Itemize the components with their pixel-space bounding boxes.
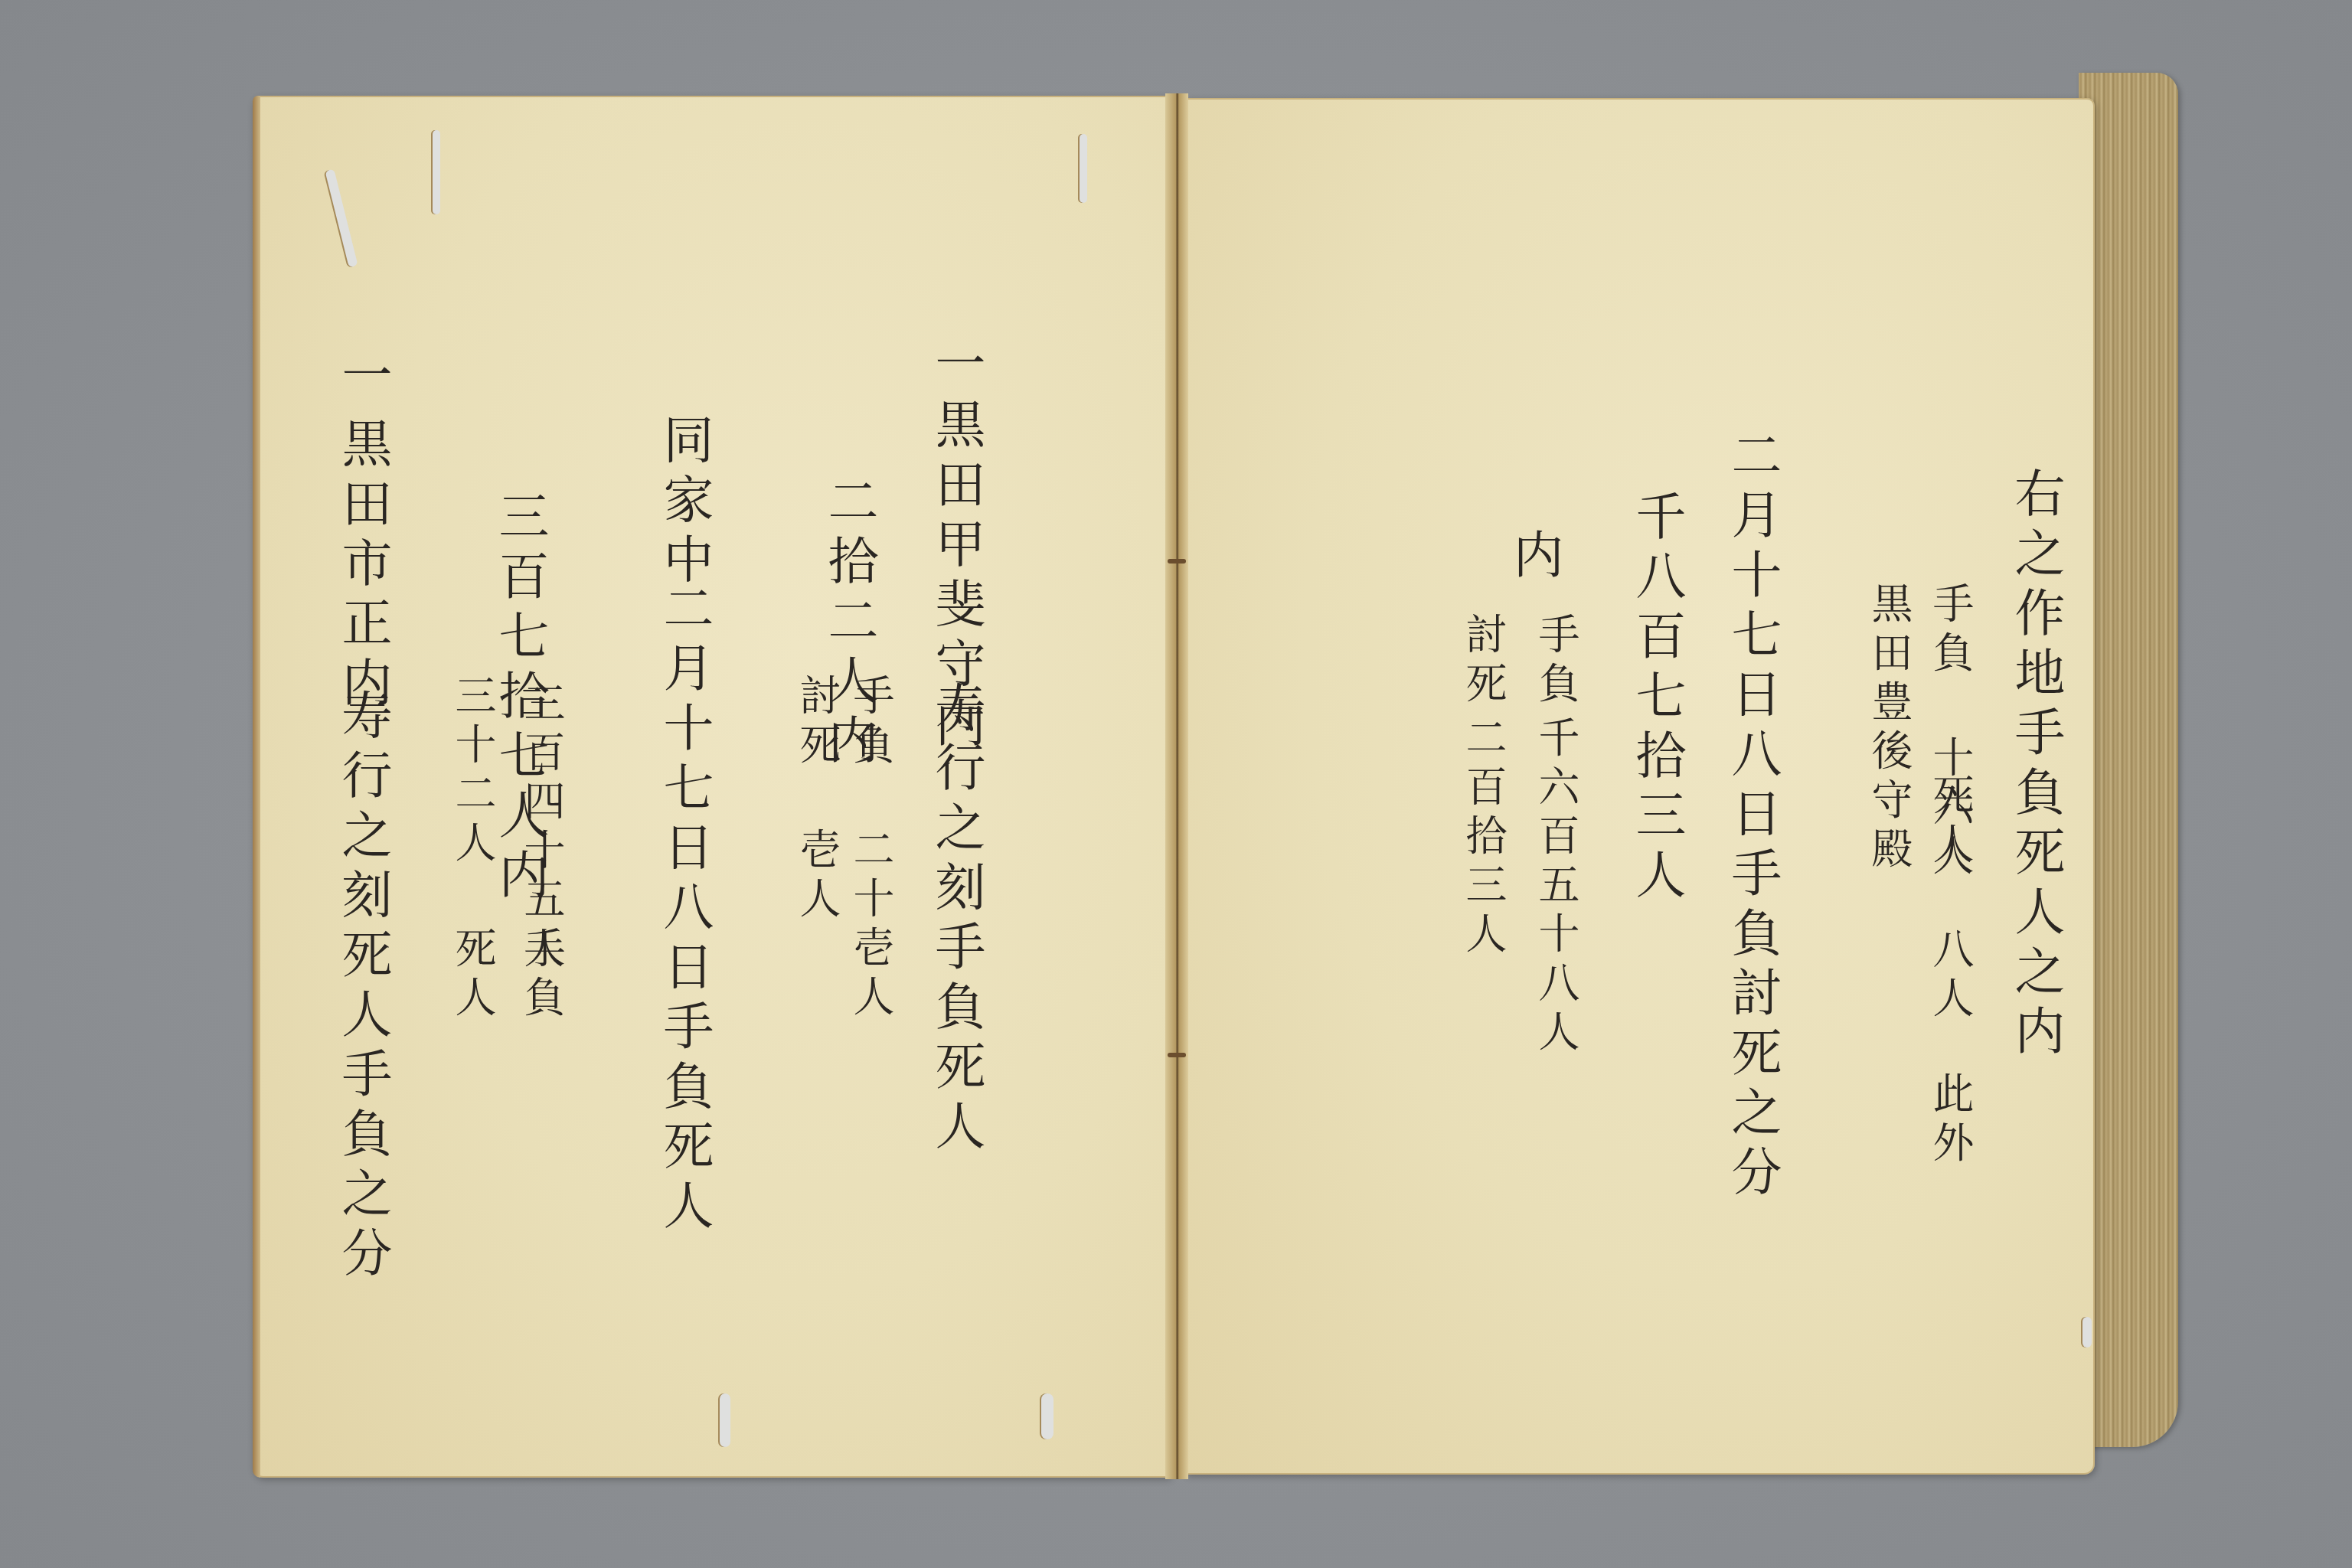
text-column: 三十二人 bbox=[452, 674, 493, 870]
binding-thread bbox=[1168, 559, 1186, 563]
text-column: 同家中 bbox=[658, 413, 709, 593]
text-column: 二百拾三人 bbox=[1462, 716, 1504, 961]
binding-gutter bbox=[1165, 93, 1188, 1479]
wormhole-damage bbox=[1080, 134, 1087, 203]
text-column: 死人 八人 bbox=[1929, 773, 1971, 1025]
text-column: 千八百七拾三人 bbox=[1631, 490, 1681, 908]
text-column: 内 bbox=[1508, 528, 1559, 588]
text-column: 黒田市正内 bbox=[337, 417, 387, 716]
text-column: 寿行之刻死人手負之分 bbox=[337, 689, 387, 1286]
open-book: 右之作地手負死人之内 手負 十六人 死人 八人 此外 黒田豊後守殿 二月十七日八… bbox=[0, 0, 2352, 1568]
text-column: 討死 壱人 bbox=[796, 674, 838, 926]
text-column: 二月十七日八日手負死人 bbox=[658, 582, 709, 1239]
wormhole-damage bbox=[720, 1393, 730, 1447]
text-column: 一 bbox=[930, 337, 981, 397]
text-column: 右之作地手負死人之内 bbox=[2010, 467, 2060, 1064]
wormhole-damage bbox=[2082, 1317, 2092, 1347]
text-column: 死人 bbox=[452, 926, 493, 1024]
text-column: 寿行之刻手負死人 bbox=[930, 681, 981, 1159]
text-column: 手負 bbox=[521, 926, 562, 1024]
text-column: 千六百五十八人 bbox=[1535, 716, 1576, 1059]
text-column: 手負 二十壱人 bbox=[850, 674, 891, 1024]
binding-thread bbox=[1168, 1053, 1186, 1057]
wormhole-damage bbox=[433, 130, 440, 214]
text-column: 此外 bbox=[1929, 1072, 1971, 1170]
text-column: 一 bbox=[337, 348, 387, 408]
text-column: 二月十七日八日手負討死之分 bbox=[1726, 429, 1777, 1205]
text-column: 手負 bbox=[1535, 612, 1576, 710]
wormhole-damage bbox=[1041, 1393, 1053, 1439]
text-column: 黒田豊後守殿 bbox=[1868, 582, 1909, 876]
text-column: 討死 bbox=[1462, 612, 1504, 710]
